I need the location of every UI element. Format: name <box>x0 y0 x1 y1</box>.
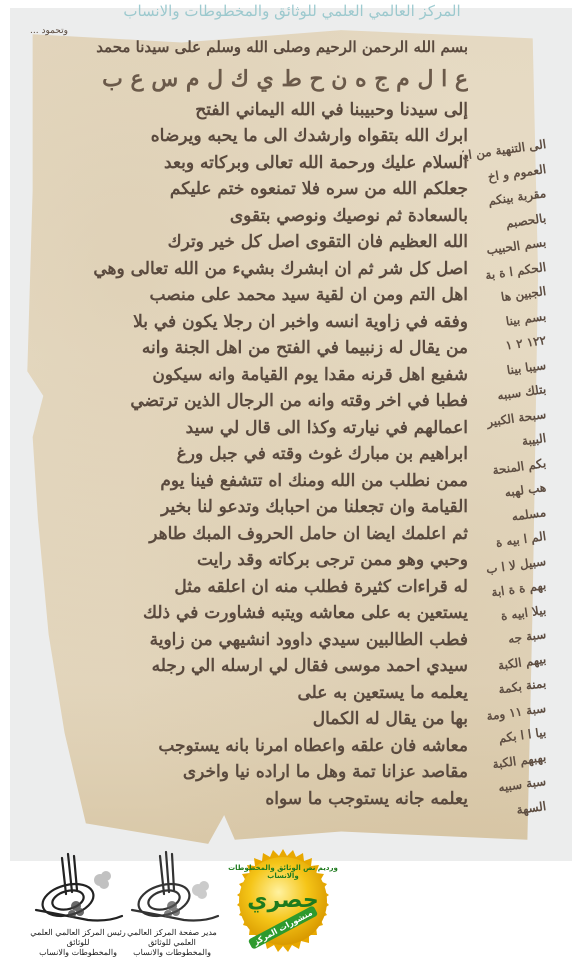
manuscript-line: له قراءات كثيرة فطلب منه ان اعلقه مثل <box>38 574 468 601</box>
seal-page-manager: مدير صفحة المركز العالمي العلمي للوثائق … <box>122 850 222 950</box>
manuscript-line: وفقه في زاوية انسه واخبر ان رجلا يكون في… <box>38 309 468 336</box>
manuscript-line: يستعين به على معاشه ويتبه فشاورت في ذلك <box>38 600 468 627</box>
manuscript-line: فطبا في اخر وقته وانه من الرجال الذين تر… <box>38 388 468 415</box>
manuscript-line: يعلمه ما يستعين به على <box>38 680 468 707</box>
manuscript-line: مقاصد عزانا تمة وهل ما اراده نيا واخرى <box>38 759 468 786</box>
badge-label: حصري <box>228 888 338 913</box>
manuscript-body: بسم الله الرحمن الرحيم وصلى الله وسلم عل… <box>38 34 468 812</box>
badge-arc-text: ورديم نص الوثائق والمخطوطات والانساب <box>228 864 338 880</box>
manuscript-line: الله العظيم فان التقوى اصل كل خير وترك <box>38 229 468 256</box>
manuscript-line: وحبي وهو ممن ترجى بركاته وقد رايت <box>38 547 468 574</box>
manuscript-line: فطب الطالبين سيدي داوود انشيهي من زاوية <box>38 627 468 654</box>
manuscript-line-cipher: ع ا ل م ج ه ن ح ط ي ك ل م س ع ب <box>38 61 468 97</box>
manuscript-line: اعمالهم في نيارته وكذا الى قال لي سيد <box>38 415 468 442</box>
manuscript-line: ثم اعلمك ايضا ان حامل الحروف المبك طاهر <box>38 521 468 548</box>
manuscript-line: يعلمه جانه يستوجب ما سواه <box>38 786 468 813</box>
seal-president: رئيس المركز العالمي العلمي للوثائق والمخ… <box>28 850 128 950</box>
manuscript-line: السلام عليك ورحمة الله تعالى وبركاته وبع… <box>38 150 468 177</box>
manuscript-line: اهل التم ومن ان لقية سيد محمد على منصب <box>38 282 468 309</box>
manuscript-line: سيدي احمد موسى فقال لي ارسله الي رجله <box>38 653 468 680</box>
tughra-icon <box>122 850 222 930</box>
exclusive-badge: ورديم نص الوثائق والمخطوطات والانساب حصر… <box>228 848 338 958</box>
seal-caption: رئيس المركز العالمي العلمي للوثائق والمخ… <box>24 928 132 958</box>
seal-caption: مدير صفحة المركز العالمي العلمي للوثائق … <box>118 928 226 958</box>
manuscript-line: اصل كل شر ثم ان ابشرك بشيء من الله تعالى… <box>38 256 468 283</box>
manuscript-line: القيامة وان تجعلنا من احبابك وتدعو لنا ب… <box>38 494 468 521</box>
margin-notes: الى التنهية من ابكم العموم و اخ مقربة بي… <box>462 132 546 818</box>
manuscript-line: جعلكم الله من سره فلا تمنعوه ختم عليكم <box>38 176 468 203</box>
manuscript-line: معاشه فان علقه واعطاه امرنا بانه يستوجب <box>38 733 468 760</box>
manuscript-line: شفيع اهل قرنه مقدا يوم القيامة وانه سيكو… <box>38 362 468 389</box>
manuscript-line: بها من يقال له الكمال <box>38 706 468 733</box>
manuscript-line: من يقال له زنبيما في الفتح من اهل الجنة … <box>38 335 468 362</box>
manuscript-line: بالسعادة ثم نوصيك ونوصي بتقوى <box>38 203 468 230</box>
manuscript-line-basmala: بسم الله الرحمن الرحيم وصلى الله وسلم عل… <box>38 34 468 61</box>
manuscript-line: ابرك الله بتقواه وارشدك الى ما يحبه ويرض… <box>38 123 468 150</box>
tughra-icon <box>28 850 128 930</box>
manuscript-line: إلى سيدنا وحبيبنا في الله اليماني الفتح <box>38 97 468 124</box>
manuscript-line: ابراهيم بن مبارك غوث وقته في جبل ورغ <box>38 441 468 468</box>
watermark-text: المركز العالمي العلمي للوثائق والمخطوطات… <box>0 2 584 20</box>
manuscript-line: ممن نطلب من الله ومنك اه تتشفع فينا يوم <box>38 468 468 495</box>
